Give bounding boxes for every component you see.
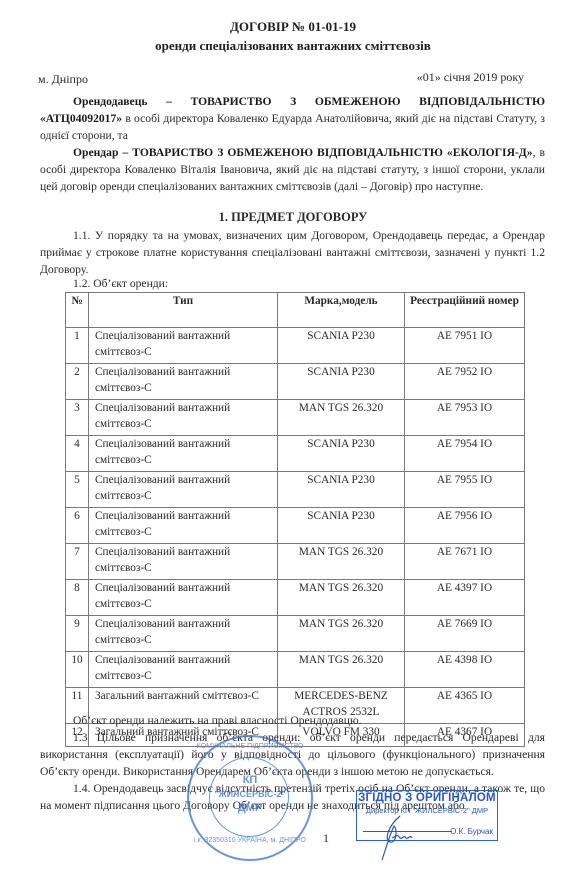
table-row: 4Спеціалізований вантажний сміттєвоз-СSC…	[66, 436, 525, 472]
cell-reg: АЕ 7955 ІО	[405, 472, 525, 508]
cell-model: SCANIA P230	[278, 328, 405, 364]
cell-type: Спеціалізований вантажний сміттєвоз-С	[89, 616, 278, 652]
cell-reg: АЕ 7952 ІО	[405, 364, 525, 400]
document-title: ДОГОВІР № 01-01-19	[0, 19, 586, 35]
signature-icon	[378, 812, 418, 862]
ownership-note: Об’єкт оренди належить на праві власност…	[40, 712, 545, 729]
section-heading: 1. ПРЕДМЕТ ДОГОВОРУ	[0, 210, 586, 225]
cell-model: MAN TGS 26.320	[278, 580, 405, 616]
cell-num: 9	[66, 616, 89, 652]
clause-1-2: 1.2. Об’єкт оренди:	[40, 277, 545, 291]
cell-reg: АЕ 7953 ІО	[405, 400, 525, 436]
cell-model: SCANIA P230	[278, 472, 405, 508]
cell-reg: АЕ 7956 ІО	[405, 508, 525, 544]
table-row: 8Спеціалізований вантажний сміттєвоз-СMA…	[66, 580, 525, 616]
lessor-paragraph: Орендодавець – ТОВАРИСТВО З ОБМЕЖЕНОЮ ВІ…	[40, 93, 545, 144]
cell-type: Спеціалізований вантажний сміттєвоз-С	[89, 544, 278, 580]
clause-1-1: 1.1. У порядку та на умовах, визначених …	[40, 227, 545, 278]
cell-reg: АЕ 4398 ІО	[405, 652, 525, 688]
cell-reg: АЕ 7669 ІО	[405, 616, 525, 652]
cell-model: MAN TGS 26.320	[278, 616, 405, 652]
header-num: №	[66, 293, 89, 328]
document-city: м. Дніпро	[38, 72, 88, 87]
header-model: Марка,модель	[278, 293, 405, 328]
cell-type: Спеціалізований вантажний сміттєвоз-С	[89, 400, 278, 436]
cell-type: Спеціалізований вантажний сміттєвоз-С	[89, 652, 278, 688]
table-body: 1Спеціалізований вантажний сміттєвоз-СSC…	[66, 328, 525, 747]
cell-num: 7	[66, 544, 89, 580]
seal-ring-bottom: і.к. 32350310 УКРАЇНА, м. ДНІПРО	[189, 837, 311, 844]
cell-num: 5	[66, 472, 89, 508]
cell-type: Спеціалізований вантажний сміттєвоз-С	[89, 508, 278, 544]
table-header-row: № Тип Марка,модель Реєстраційний номер	[66, 293, 525, 328]
seal-line-1: КП	[189, 773, 311, 787]
table-row: 3Спеціалізований вантажний сміттєвоз-СMA…	[66, 400, 525, 436]
lessee-label: Орендар	[73, 146, 118, 159]
cell-model: SCANIA P230	[278, 364, 405, 400]
cell-model: SCANIA P230	[278, 436, 405, 472]
cell-reg: АЕ 7954 ІО	[405, 436, 525, 472]
document-page: ДОГОВІР № 01-01-19 оренди спеціалізовани…	[0, 0, 586, 869]
cell-model: MAN TGS 26.320	[278, 652, 405, 688]
document-subtitle: оренди спеціалізованих вантажних сміттєв…	[0, 38, 586, 54]
cert-stamp-title: ЗГІДНО З ОРИГІНАЛОМ	[357, 792, 497, 804]
round-seal-stamp: КОМУНАЛЬНЕ ПІДПРИЄМСТВО КП "ЖИЛСЕРВІС-2"…	[187, 735, 313, 861]
document-date: «01» січня 2019 року	[417, 70, 524, 85]
seal-ring-top: КОМУНАЛЬНЕ ПІДПРИЄМСТВО	[189, 743, 311, 750]
cell-num: 4	[66, 436, 89, 472]
cell-num: 6	[66, 508, 89, 544]
page-number: 1	[323, 831, 329, 846]
cell-reg: АЕ 4397 ІО	[405, 580, 525, 616]
cert-stamp-name: О.К. Бурчак	[450, 827, 493, 836]
cell-type: Спеціалізований вантажний сміттєвоз-С	[89, 580, 278, 616]
cell-type: Спеціалізований вантажний сміттєвоз-С	[89, 364, 278, 400]
cell-num: 2	[66, 364, 89, 400]
cell-model: MAN TGS 26.320	[278, 544, 405, 580]
header-reg: Реєстраційний номер	[405, 293, 525, 328]
cell-num: 1	[66, 328, 89, 364]
table-row: 5Спеціалізований вантажний сміттєвоз-СSC…	[66, 472, 525, 508]
table-row: 7Спеціалізований вантажний сміттєвоз-СMA…	[66, 544, 525, 580]
cell-num: 8	[66, 580, 89, 616]
seal-line-2: "ЖИЛСЕРВІС-2"	[189, 787, 311, 801]
table-row: 10Спеціалізований вантажний сміттєвоз-СM…	[66, 652, 525, 688]
table-row: 6Спеціалізований вантажний сміттєвоз-СSC…	[66, 508, 525, 544]
cell-type: Спеціалізований вантажний сміттєвоз-С	[89, 436, 278, 472]
table-row: 9Спеціалізований вантажний сміттєвоз-СMA…	[66, 616, 525, 652]
cell-num: 3	[66, 400, 89, 436]
cell-model: SCANIA P230	[278, 508, 405, 544]
seal-line-3: ДМР	[189, 801, 311, 815]
header-type: Тип	[89, 293, 278, 328]
cell-num: 10	[66, 652, 89, 688]
lessee-paragraph: Орендар – ТОВАРИСТВО З ОБМЕЖЕНОЮ ВІДПОВІ…	[40, 144, 545, 195]
cell-reg: АЕ 7951 ІО	[405, 328, 525, 364]
lessor-label: Орендодавець	[73, 95, 148, 108]
rental-objects-table: № Тип Марка,модель Реєстраційний номер 1…	[65, 292, 525, 747]
table-row: 2Спеціалізований вантажний сміттєвоз-СSC…	[66, 364, 525, 400]
table-row: 1Спеціалізований вантажний сміттєвоз-СSC…	[66, 328, 525, 364]
cell-reg: АЕ 7671 ІО	[405, 544, 525, 580]
cell-model: MAN TGS 26.320	[278, 400, 405, 436]
lessee-org: – ТОВАРИСТВО З ОБМЕЖЕНОЮ ВІДПОВІДАЛЬНІСТ…	[118, 146, 532, 159]
cell-type: Спеціалізований вантажний сміттєвоз-С	[89, 472, 278, 508]
cell-type: Спеціалізований вантажний сміттєвоз-С	[89, 328, 278, 364]
